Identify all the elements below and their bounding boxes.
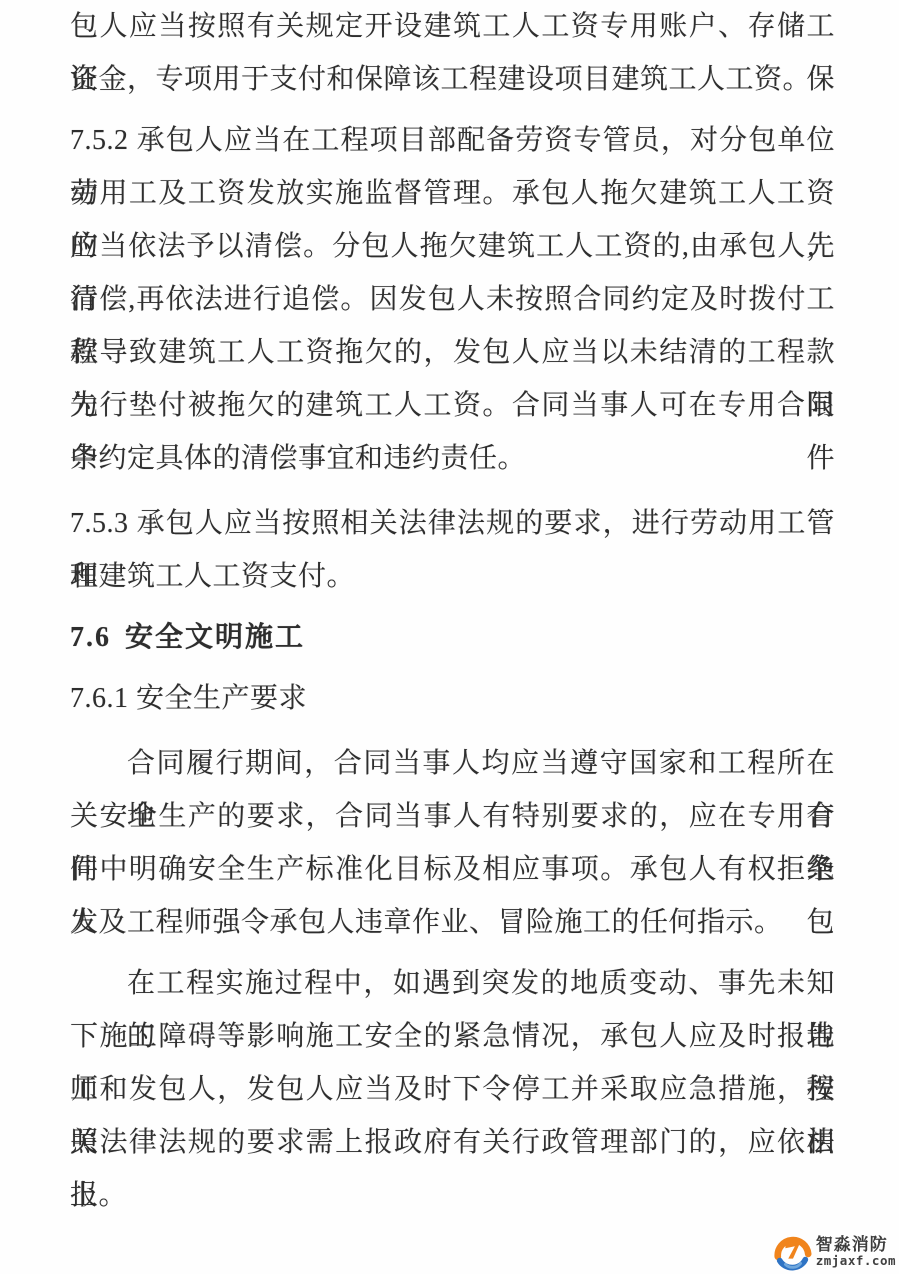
text-line: 在工程实施过程中，如遇到突发的地质变动、事先未知的地	[70, 957, 835, 1010]
text-line: 先行垫付被拖欠的建筑工人工资。合同当事人可在专用合同条件	[70, 379, 835, 432]
watermark-text: 智淼消防 zmjaxf.com	[816, 1236, 896, 1268]
text-line: 应当依法予以清偿。分包人拖欠建筑工人工资的,由承包人先行	[70, 220, 835, 273]
text-line: 师和发包人，发包人应当及时下令停工并采取应急措施，按照相	[70, 1063, 835, 1116]
brand-watermark: 智淼消防 zmjaxf.com	[774, 1232, 896, 1272]
section-title: 安全文明施工	[125, 622, 305, 653]
zhimiao-logo-icon	[774, 1232, 812, 1272]
text-line: 和建筑工人工资支付。	[70, 550, 835, 603]
text-line: 清偿,再依法进行追偿。因发包人未按照合同约定及时拨付工程	[70, 273, 835, 326]
paragraph-safety-1: 合同履行期间，合同当事人均应当遵守国家和工程所在地有 关安全生产的要求，合同当事…	[70, 737, 835, 949]
text-line: 下施工障碍等影响施工安全的紧急情况，承包人应及时报告工程	[70, 1010, 835, 1063]
text-line: 动用工及工资发放实施监督管理。承包人拖欠建筑工人工资的，	[70, 167, 835, 220]
text-line: 7.5.2 承包人应当在工程项目部配备劳资专管员，对分包单位劳	[70, 114, 835, 167]
text-line: 关法律法规的要求需上报政府有关行政管理部门的，应依法上	[70, 1116, 835, 1169]
section-number: 7.6	[70, 622, 111, 653]
brand-name: 智淼消防	[816, 1236, 896, 1253]
section-heading-7-6: 7.6安全文明施工	[70, 611, 835, 664]
text-line: 包人应当按照有关规定开设建筑工人工资专用账户、存储工资保	[70, 0, 835, 53]
subsection-heading-7-6-1: 7.6.1 安全生产要求	[70, 672, 835, 725]
document-page: 包人应当按照有关规定开设建筑工人工资专用账户、存储工资保 证金，专项用于支付和保…	[0, 0, 899, 1274]
text-line: 关安全生产的要求，合同当事人有特别要求的，应在专用合同条	[70, 790, 835, 843]
text-line: 报。	[70, 1169, 835, 1222]
brand-site: zmjaxf.com	[816, 1255, 896, 1268]
text-line: 件中明确安全生产标准化目标及相应事项。承包人有权拒绝发包	[70, 843, 835, 896]
text-line: 7.5.3 承包人应当按照相关法律法规的要求，进行劳动用工管理	[70, 497, 835, 550]
document-body: 包人应当按照有关规定开设建筑工人工资专用账户、存储工资保 证金，专项用于支付和保…	[70, 0, 835, 1222]
paragraph-752: 7.5.2 承包人应当在工程项目部配备劳资专管员，对分包单位劳 动用工及工资发放…	[70, 114, 835, 485]
text-line: 款导致建筑工人工资拖欠的，发包人应当以未结清的工程款为限	[70, 326, 835, 379]
text-line: 证金，专项用于支付和保障该工程建设项目建筑工人工资。	[70, 53, 835, 106]
text-line: 合同履行期间，合同当事人均应当遵守国家和工程所在地有	[70, 737, 835, 790]
paragraph-753: 7.5.3 承包人应当按照相关法律法规的要求，进行劳动用工管理 和建筑工人工资支…	[70, 497, 835, 603]
paragraph-safety-2: 在工程实施过程中，如遇到突发的地质变动、事先未知的地 下施工障碍等影响施工安全的…	[70, 957, 835, 1222]
paragraph-751-continuation: 包人应当按照有关规定开设建筑工人工资专用账户、存储工资保 证金，专项用于支付和保…	[70, 0, 835, 106]
text-line: 人及工程师强令承包人违章作业、冒险施工的任何指示。	[70, 896, 835, 949]
